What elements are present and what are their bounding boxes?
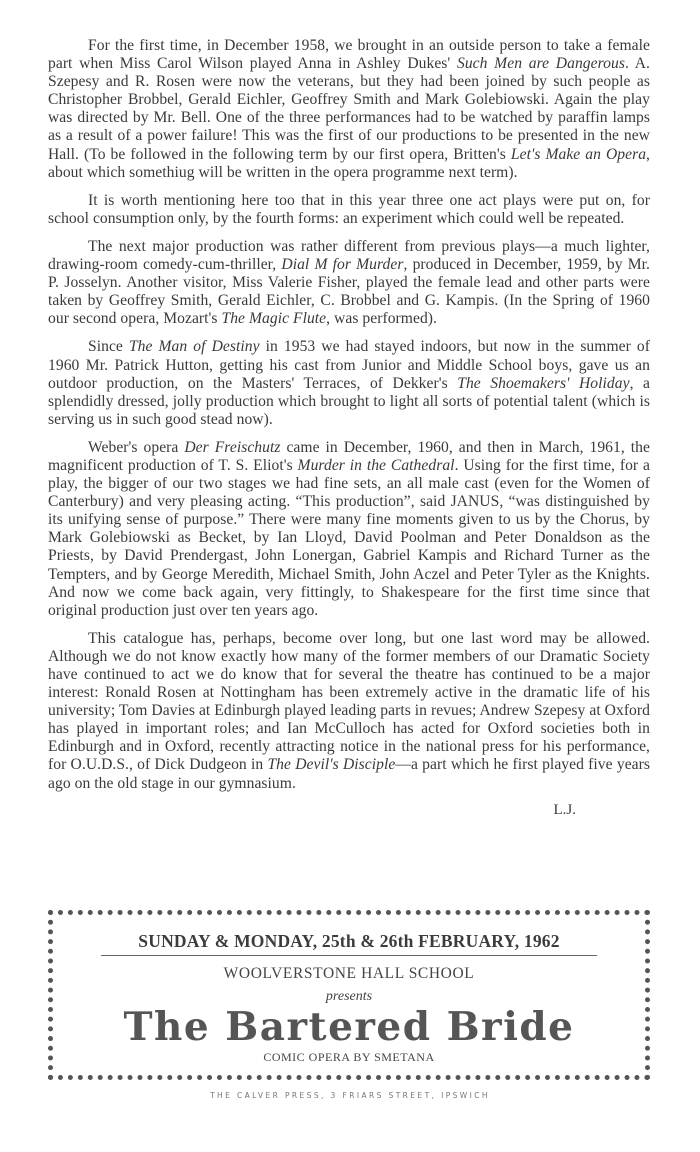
performance-dates: SUNDAY & MONDAY, 25th & 26th FEBRUARY, 1… xyxy=(101,931,597,956)
printer-imprint: THE CALVER PRESS, 3 FRIARS STREET, IPSWI… xyxy=(0,1091,700,1100)
italic-title-text: The Devil's Disciple xyxy=(267,756,395,773)
paragraph: This catalogue has, perhaps, become over… xyxy=(48,630,650,793)
italic-title-text: Let's Make an Opera xyxy=(511,146,646,163)
paragraph: Weber's opera Der Freischutz came in Dec… xyxy=(48,439,650,620)
performance-announcement-box: SUNDAY & MONDAY, 25th & 26th FEBRUARY, 1… xyxy=(48,910,650,1080)
body-text: , was performed). xyxy=(326,310,437,327)
body-text: Since xyxy=(88,338,129,355)
italic-title-text: Such Men are Dangerous xyxy=(457,55,625,72)
production-subtitle: COMIC OPERA BY SMETANA xyxy=(53,1050,645,1065)
paragraph: The next major production was rather dif… xyxy=(48,238,650,328)
paragraph: Since The Man of Destiny in 1953 we had … xyxy=(48,338,650,428)
presents-label: presents xyxy=(53,989,645,1005)
italic-title-text: The Magic Flute xyxy=(221,310,326,327)
italic-title-text: Murder in the Cathedral xyxy=(298,457,455,474)
body-text: It is worth mentioning here too that in … xyxy=(48,192,650,227)
body-text: . Using for the first time, for a play, … xyxy=(48,457,650,619)
author-signature: L.J. xyxy=(48,801,650,819)
paragraph: It is worth mentioning here too that in … xyxy=(48,192,650,228)
article-body: For the first time, in December 1958, we… xyxy=(48,37,650,819)
production-title: The Bartered Bride xyxy=(53,1005,645,1049)
school-name: WOOLVERSTONE HALL SCHOOL xyxy=(53,965,645,983)
italic-title-text: The Man of Destiny xyxy=(129,338,260,355)
italic-title-text: Dial M for Murder xyxy=(281,256,403,273)
body-text: Weber's opera xyxy=(88,439,184,456)
italic-title-text: The Shoemakers' Holiday xyxy=(457,375,629,392)
paragraph: For the first time, in December 1958, we… xyxy=(48,37,650,182)
body-text: This catalogue has, perhaps, become over… xyxy=(48,630,650,774)
italic-title-text: Der Freischutz xyxy=(184,439,280,456)
